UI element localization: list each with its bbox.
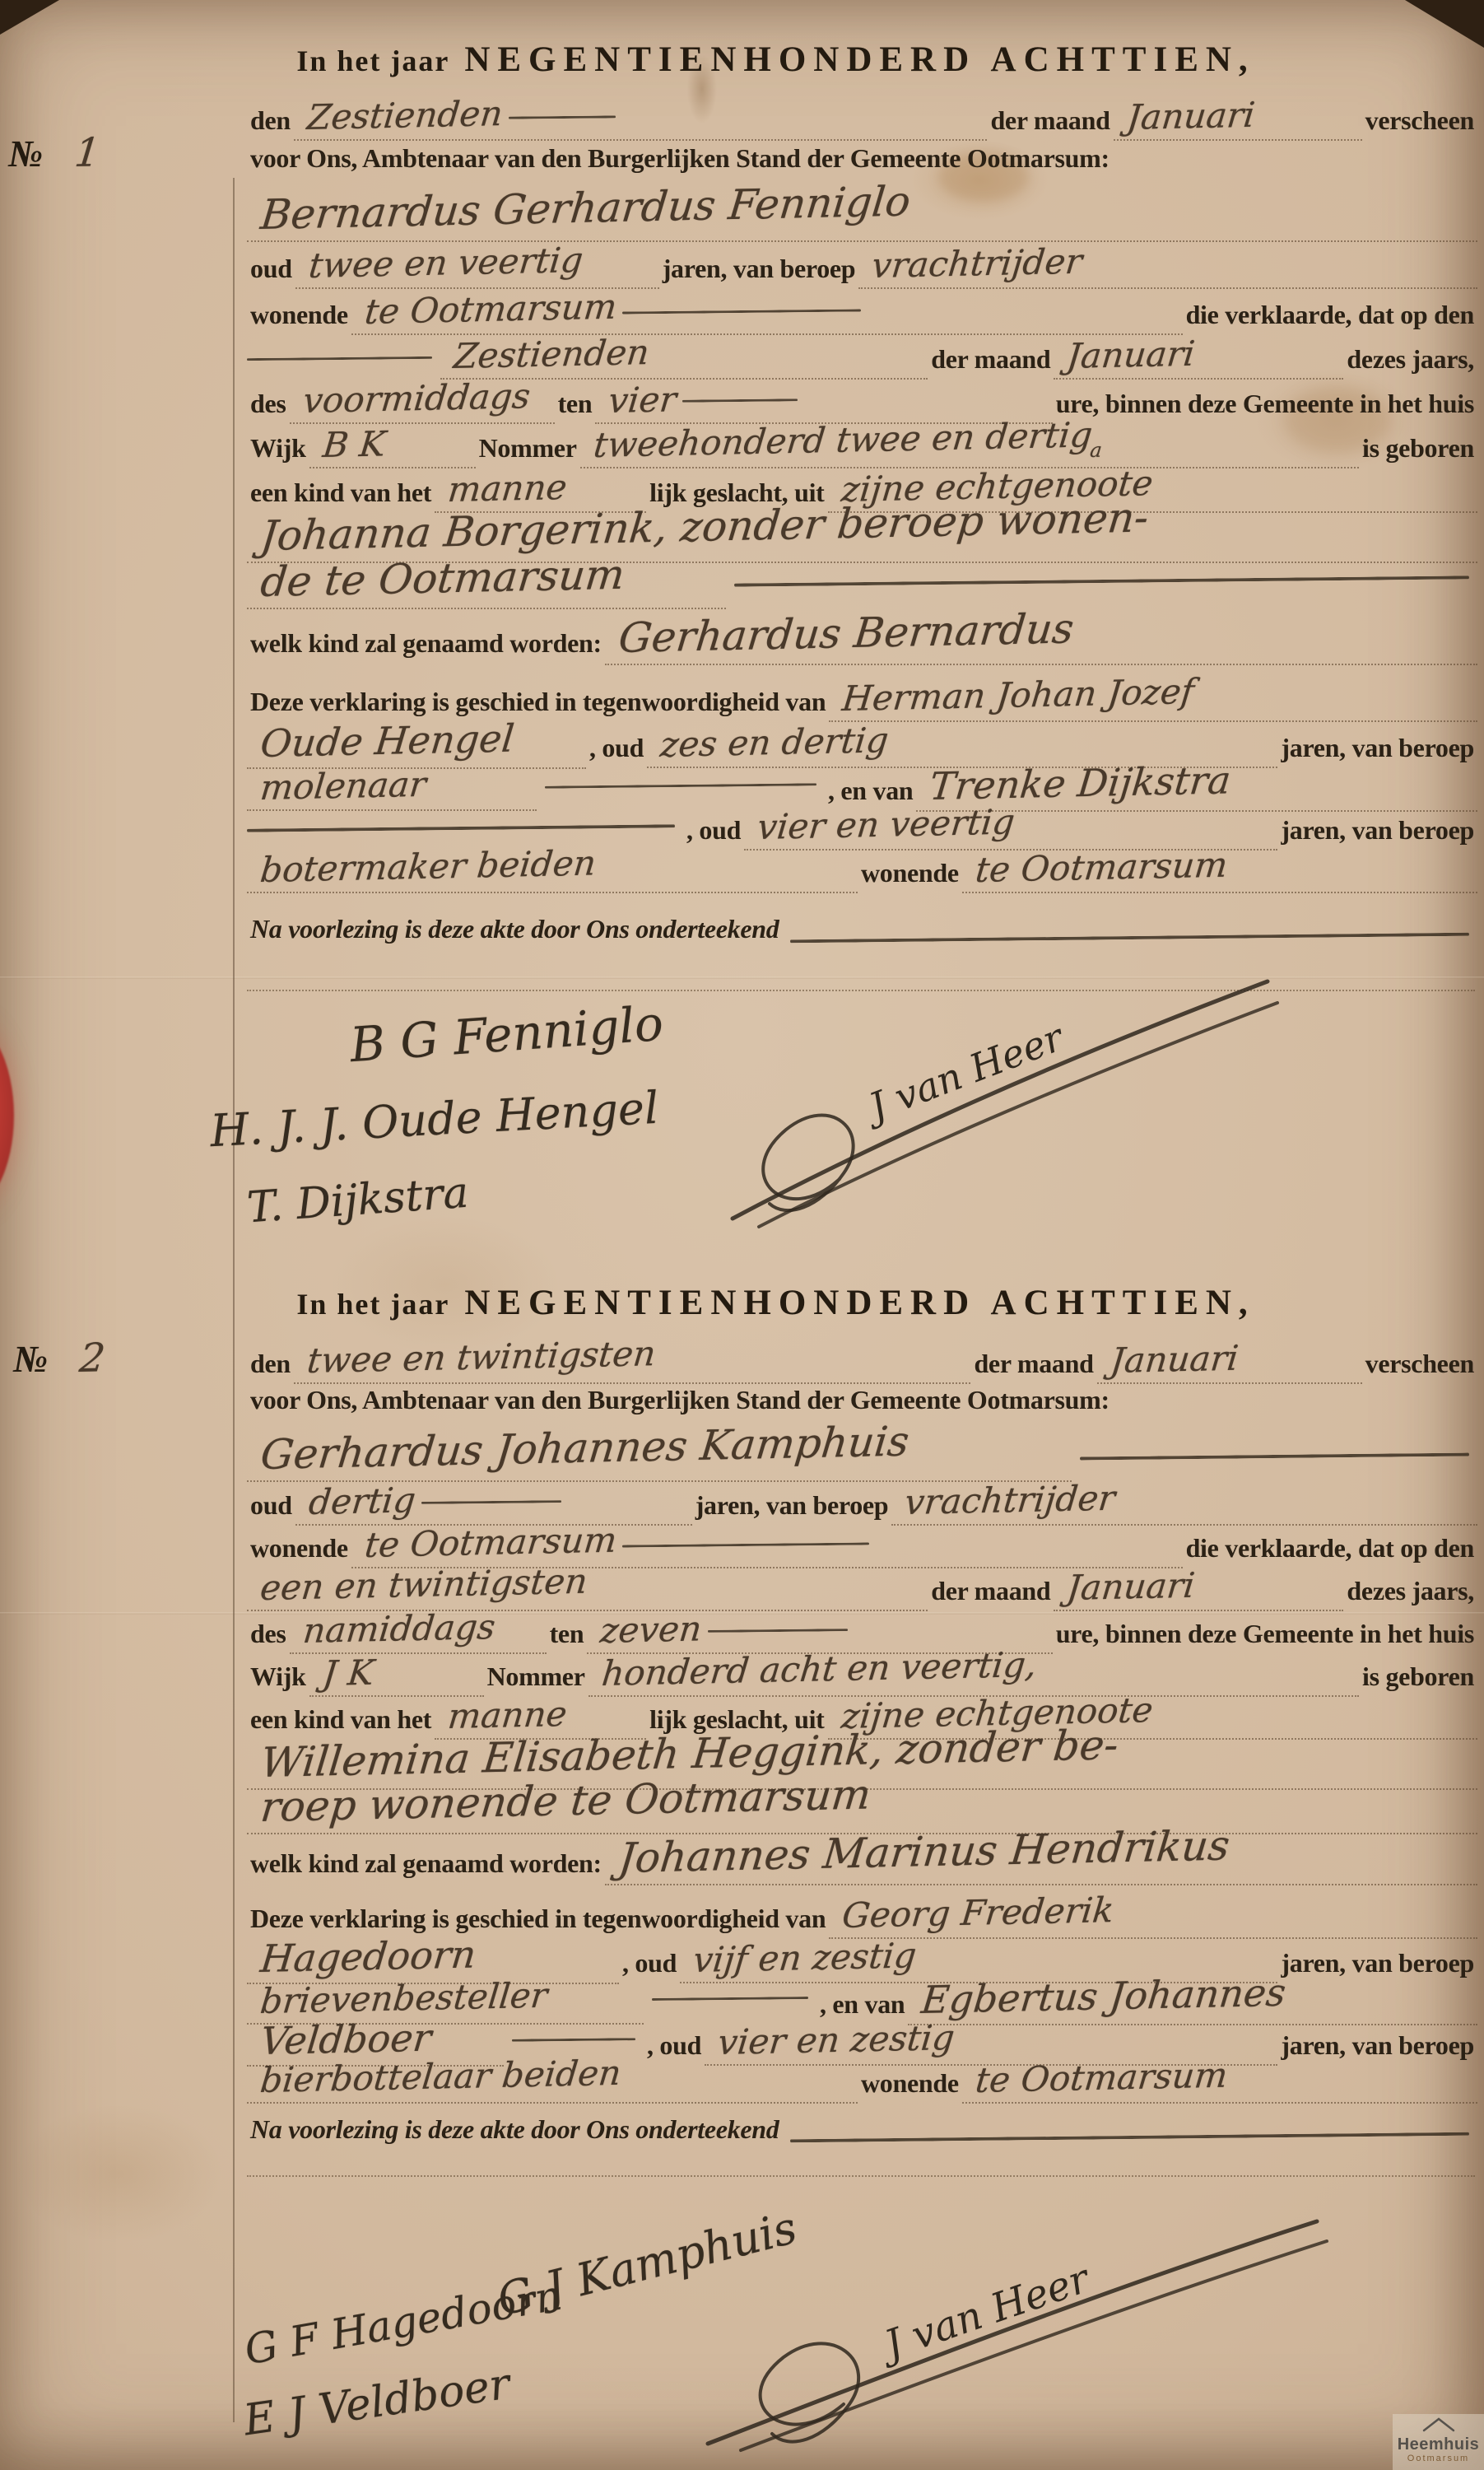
label-voorlezing: Na voorlezing is deze akte door Ons onde… [247,2114,782,2145]
ink-dash [652,1997,808,2001]
fill-witness1-occupation: molenaar [247,767,537,811]
ink-dash-long [790,2132,1469,2143]
handwriting-hour: vier [607,379,678,421]
house-roof-icon [1422,2417,1455,2432]
field-child-name: welk kind zal genaamd worden: Gerhardus … [247,614,1477,665]
label-kind-van-het: een kind van het [247,1704,435,1735]
handwriting-residence: te Ootmarsum [363,287,619,332]
field-witness1-occupation: brievenbesteller , en van Egbertus Johan… [247,1978,1477,2019]
ink-dash-long [734,576,1469,586]
field-witness2-age: , oud vier en veertig jaren, van beroep [247,807,1477,850]
label-der-maand: der maand [987,105,1113,136]
label-jaren-beroep: jaren, van beroep [659,254,859,284]
registrar-signature-1: J van Heer [708,963,1284,1235]
handwriting-birth-month: Januari [1065,333,1197,376]
ink-dash [622,309,861,314]
label-den: den [247,1349,294,1379]
label-die-verklaarde: die verklaarde, dat op den [1183,300,1477,330]
numero-sign: № [8,132,43,175]
label-den: den [247,105,294,136]
label-oud: , oud [683,815,744,846]
handwriting-gender: manne [446,467,569,510]
handwriting-witness1-name2: Hagedoorn [258,1932,478,1981]
fill-occupation: vrachtrijder [891,1482,1477,1526]
field-house: Wijk J K Nommer honderd acht en veertig,… [247,1653,1477,1696]
field-declaration-date: den Zestienden der maand Januari versche… [247,97,1477,143]
fill-child-name: Johannes Marinus Hendrikus [605,1834,1477,1885]
label-die-verklaarde: die verklaarde, dat op den [1183,1533,1477,1564]
label-nommer: Nommer [484,1661,588,1692]
label-oud: , oud [586,733,647,763]
label-wonende: wonende [858,2068,962,2099]
label-jaren-beroep: jaren, van beroep [1277,815,1477,846]
label-voor-ons: voor Ons, Ambtenaar van den Burgerlijken… [247,143,1113,174]
fill-house-number: honderd acht en veertig, [588,1653,1359,1697]
watermark-name: Heemhuis [1393,2435,1484,2454]
handwriting-witness1-occupation: molenaar [258,764,428,808]
fill-declarant: Gerhardus Johannes Kamphuis [247,1431,1072,1482]
line-voorlezing: Na voorlezing is deze akte door Ons onde… [247,914,1477,962]
handwriting-mother-2: de te Ootmarsum [258,551,627,606]
fill-house-number: tweehonderd twee en dertiga [580,425,1359,468]
field-declaration-date: den twee en twintigsten der maand Januar… [247,1340,1477,1385]
fill-occupation: vrachtrijder [858,245,1477,289]
fill-mother2: de te Ootmarsum [247,558,726,609]
label-is-geboren: is geboren [1359,433,1477,464]
field-birth-time: des namiddags ten zeven ure, binnen deze… [247,1610,1477,1653]
field-mother-line2: roep wonende te Ootmarsum [247,1783,1477,1828]
signature-rule [247,2175,1475,2177]
label-jaren-beroep: jaren, van beroep [692,1490,892,1521]
label-kind-van-het: een kind van het [247,478,435,508]
signature-flourish [708,963,1284,1235]
handwriting-age: twee en veertig [307,240,585,286]
fill-month: Januari [1097,1340,1362,1384]
handwriting-witness1-name1: Georg Frederik [840,1890,1116,1936]
header-prefix: In het jaar [296,1288,449,1321]
field-declarant-residence: wonende te Ootmarsum die verklaarde, dat… [247,1525,1477,1568]
fill-age: twee en veertig [295,245,659,289]
label-welk-kind: welk kind zal genaamd worden: [247,1848,605,1879]
label-des: des [247,389,290,419]
fill-day-part: namiddags [290,1610,547,1654]
handwriting-witness2-age: vier en zestig [716,2017,956,2062]
label-ten: ten [547,1619,588,1649]
field-birth-date: Zestienden der maand Januari dezes jaars… [247,336,1477,380]
handwriting-birth-day: Zestienden [452,332,651,376]
fill-witness1-name1: Herman Johan Jozef [829,678,1477,722]
handwriting-house-number-sup: a [1089,439,1103,462]
handwriting-witness2-name2: Veldboer [258,2016,434,2063]
line-voorlezing: Na voorlezing is deze akte door Ons onde… [247,2114,1477,2160]
field-declarant-age-occupation: oud dertig jaren, van beroep vrachtrijde… [247,1482,1477,1525]
fill-day: Zestienden [294,97,988,141]
handwriting-witness1-name2: Oude Hengel [258,716,516,766]
label-voor-ons: voor Ons, Ambtenaar van den Burgerlijken… [247,1385,1113,1415]
signature-witness1-1: H. J. J. Oude Hengel [209,1082,660,1157]
ink-dash [512,2038,635,2042]
field-witnesses-residence: botermaker beiden wonende te Ootmarsum [247,850,1477,892]
handwriting-wijk: B K [321,423,388,465]
fill-day-part: voormiddags [290,380,555,424]
field-child-name: welk kind zal genaamd worden: Johannes M… [247,1834,1477,1882]
ink-dash [682,398,798,402]
archive-watermark: Heemhuis Ootmarsum [1393,2414,1484,2470]
handwriting-witnesses-residence: te Ootmarsum [974,845,1230,890]
fill-residence: te Ootmarsum [351,291,1183,335]
header-year: NEGENTIENHONDERD ACHTTIEN, [464,40,1254,79]
label-nommer: Nommer [476,433,580,464]
ink-dash [421,1500,561,1504]
label-en-van: , en van [816,1989,908,2020]
handwriting-month: Januari [1109,1338,1240,1381]
label-oud: oud [247,1490,295,1521]
act-number-block-2: № 2 [13,1335,103,1382]
field-house: Wijk B K Nommer tweehonderd twee en dert… [247,425,1477,469]
label-der-maand: der maand [928,1576,1054,1606]
field-witness1-occupation: molenaar , en van Trenke Dijkstra [247,764,1477,807]
field-witnesses-residence: bierbottelaar beiden wonende te Ootmarsu… [247,2060,1477,2101]
act-number-value: 2 [77,1335,107,1382]
label-jaren-beroep: jaren, van beroep [1277,1948,1477,1978]
handwriting-hour: zeven [598,1608,704,1651]
label-is-geboren: is geboren [1359,1661,1477,1692]
fill-child-name: Gerhardus Bernardus [605,614,1477,665]
handwriting-witness2-name: Trenke Dijkstra [928,757,1233,809]
handwriting-day-part: voormiddags [301,375,533,421]
ink-dash-long [1080,1453,1469,1461]
watermark-place: Ootmarsum [1393,2454,1484,2463]
registrar-signature-2: J van Heer [691,2207,1333,2454]
label-verklaring: Deze verklaring is geschied in tegenwoor… [247,1904,829,1934]
header-prefix: In het jaar [296,44,449,77]
ink-dash [545,783,816,788]
field-declarant-age-occupation: oud twee en veertig jaren, van beroep vr… [247,245,1477,291]
label-wonende: wonende [247,1533,351,1564]
fill-wijk: J K [309,1653,484,1697]
field-witness1-name2-age: Hagedoorn , oud vijf en zestig jaren, va… [247,1936,1477,1978]
label-dezes-jaars: dezes jaars, [1343,1576,1477,1606]
ink-dash [622,1542,869,1547]
handwriting-age: dertig [307,1480,417,1522]
fill-residence: te Ootmarsum [351,1525,1183,1568]
fill-birth-day: een en twintigsten [247,1568,928,1611]
register-page: № 1 In het jaar NEGENTIENHONDERD ACHTTIE… [0,0,1484,2470]
fill-birth-month: Januari [1054,336,1343,380]
act-header: In het jaar NEGENTIENHONDERD ACHTTIEN, [247,35,1477,92]
act-number-block-1: № 1 [8,130,98,176]
ink-dash-long [790,933,1469,944]
label-en-van: , en van [825,776,916,806]
field-witness1-name1: Deze verklaring is geschied in tegenwoor… [247,678,1477,721]
ink-dash-long [247,824,675,832]
fill-witness2-occupation: bierbottelaar beiden [247,2060,858,2104]
label-wonende: wonende [858,858,962,888]
field-declarant-name: Bernardus Gerhardus Fenniglo [247,191,1477,245]
label-welk-kind: welk kind zal genaamd worden: [247,628,605,659]
label-wijk: Wijk [247,1661,309,1692]
numero-sign: № [13,1337,48,1381]
birth-act-2: In het jaar NEGENTIENHONDERD ACHTTIEN, d… [247,1278,1477,2177]
fill-declarant: Bernardus Gerhardus Fenniglo [247,191,1477,242]
handwriting-witness2-age: vier en veertig [756,801,1016,847]
label-der-maand: der maand [970,1349,1096,1379]
fill-witness2-age: vier en veertig [744,807,1277,851]
fill-witnesses-residence: te Ootmarsum [962,2060,1477,2104]
handwriting-birth-day: een en twintigsten [258,1561,589,1608]
field-birth-date: een en twintigsten der maand Januari dez… [247,1568,1477,1610]
fill-birth-day: Zestienden [440,336,928,380]
handwriting-witness1-age: zes en dertig [658,720,891,765]
handwriting-witness2-occupation: bierbottelaar beiden [258,2053,623,2100]
field-mother-line2: de te Ootmarsum [247,558,1477,604]
handwriting-day: twee en twintigsten [305,1333,658,1381]
field-declarant-residence: wonende te Ootmarsum die verklaarde, dat… [247,291,1477,336]
label-des: des [247,1619,290,1649]
margin-rule [233,178,235,2422]
handwriting-birth-month: Januari [1065,1565,1197,1608]
label-voorlezing: Na voorlezing is deze akte door Ons onde… [247,914,782,944]
signature-declarant-1: B G Fenniglo [348,995,665,1073]
fill-wijk: B K [309,425,476,468]
signature-witness2-2: E J Veldboer [240,2360,513,2446]
act-header: In het jaar NEGENTIENHONDERD ACHTTIEN, [247,1278,1477,1335]
label-ure: ure, binnen deze Gemeente in het huis [1053,389,1477,419]
handwriting-residence: te Ootmarsum [363,1520,619,1565]
label-der-maand: der maand [928,344,1054,375]
label-oud: oud [247,254,295,284]
field-declarant-name: Gerhardus Johannes Kamphuis [247,1431,1477,1482]
fill-witness1-name1: Georg Frederik [829,1895,1477,1939]
header-year: NEGENTIENHONDERD ACHTTIEN, [464,1284,1254,1322]
handwriting-witness1-occupation: brievenbesteller [258,1975,550,2021]
handwriting-day-part: namiddags [301,1606,497,1651]
handwriting-witnesses-residence: te Ootmarsum [974,2055,1230,2100]
signature-witness1-2: G F Hagedoorn [241,2272,565,2374]
handwriting-witness1-name1: Herman Johan Jozef [840,671,1196,719]
label-jaren-beroep: jaren, van beroep [1277,2030,1477,2061]
page-corner-shadow-left [0,0,59,35]
fill-witness2-occupation: botermaker beiden [247,850,858,893]
handwriting-month: Januari [1125,95,1257,137]
field-witness1-name1: Deze verklaring is geschied in tegenwoor… [247,1895,1477,1936]
birth-act-1: In het jaar NEGENTIENHONDERD ACHTTIEN, d… [247,35,1477,991]
fill-witness2-name1: Egbertus Johannes [908,1978,1477,2025]
ink-dash [509,115,616,119]
label-dezes-jaars: dezes jaars, [1343,344,1477,375]
field-mother-line1: Johanna Borgerink, zonder beroep wonen- [247,512,1477,558]
label-oud: , oud [619,1948,680,1978]
fill-day: twee en twintigsten [294,1340,971,1384]
handwriting-occupation: vrachtrijder [903,1478,1117,1522]
handwriting-occupation: vrachtrijder [870,241,1084,286]
fill-witnesses-residence: te Ootmarsum [962,850,1477,893]
signature-witness2-1: T. Dijkstra [245,1168,470,1233]
fill-birth-month: Januari [1054,1568,1343,1611]
field-witness1-name2-age: Oude Hengel , oud zes en dertig jaren, v… [247,721,1477,764]
label-wijk: Wijk [247,433,309,464]
ink-dash [708,1629,848,1633]
signature-flourish [691,2207,1333,2454]
act-number-value: 1 [72,129,102,176]
label-wonende: wonende [247,300,351,330]
handwriting-day: Zestienden [305,93,505,137]
handwriting-gender: manne [446,1694,569,1736]
fill-witness1-name2: Oude Hengel [247,721,586,769]
handwriting-witness2-name1: Egbertus Johannes [919,1970,1288,2022]
handwriting-witness2-occupation: botermaker beiden [258,842,598,890]
label-jaren-beroep: jaren, van beroep [1277,733,1477,763]
wax-seal [0,1018,14,1214]
handwriting-child-name: Gerhardus Bernardus [616,604,1076,662]
label-oud: , oud [644,2030,705,2061]
handwriting-wijk: J K [321,1652,376,1694]
label-verscheen: verscheen [1362,105,1477,136]
handwriting-house-number: honderd acht en veertig, [600,1644,1039,1694]
label-verscheen: verscheen [1362,1349,1477,1379]
handwriting-witness1-age: vijf en zestig [691,1935,919,1980]
label-verklaring: Deze verklaring is geschied in tegenwoor… [247,687,829,717]
fill-month: Januari [1114,97,1362,141]
fill-age: dertig [295,1482,692,1526]
fill-mother2: roep wonende te Ootmarsum [247,1783,1477,1834]
ink-dash [247,356,432,360]
field-birth-time: des voormiddags ten vier ure, binnen dez… [247,380,1477,425]
label-ten: ten [555,389,596,419]
label-ure: ure, binnen deze Gemeente in het huis [1053,1619,1477,1649]
